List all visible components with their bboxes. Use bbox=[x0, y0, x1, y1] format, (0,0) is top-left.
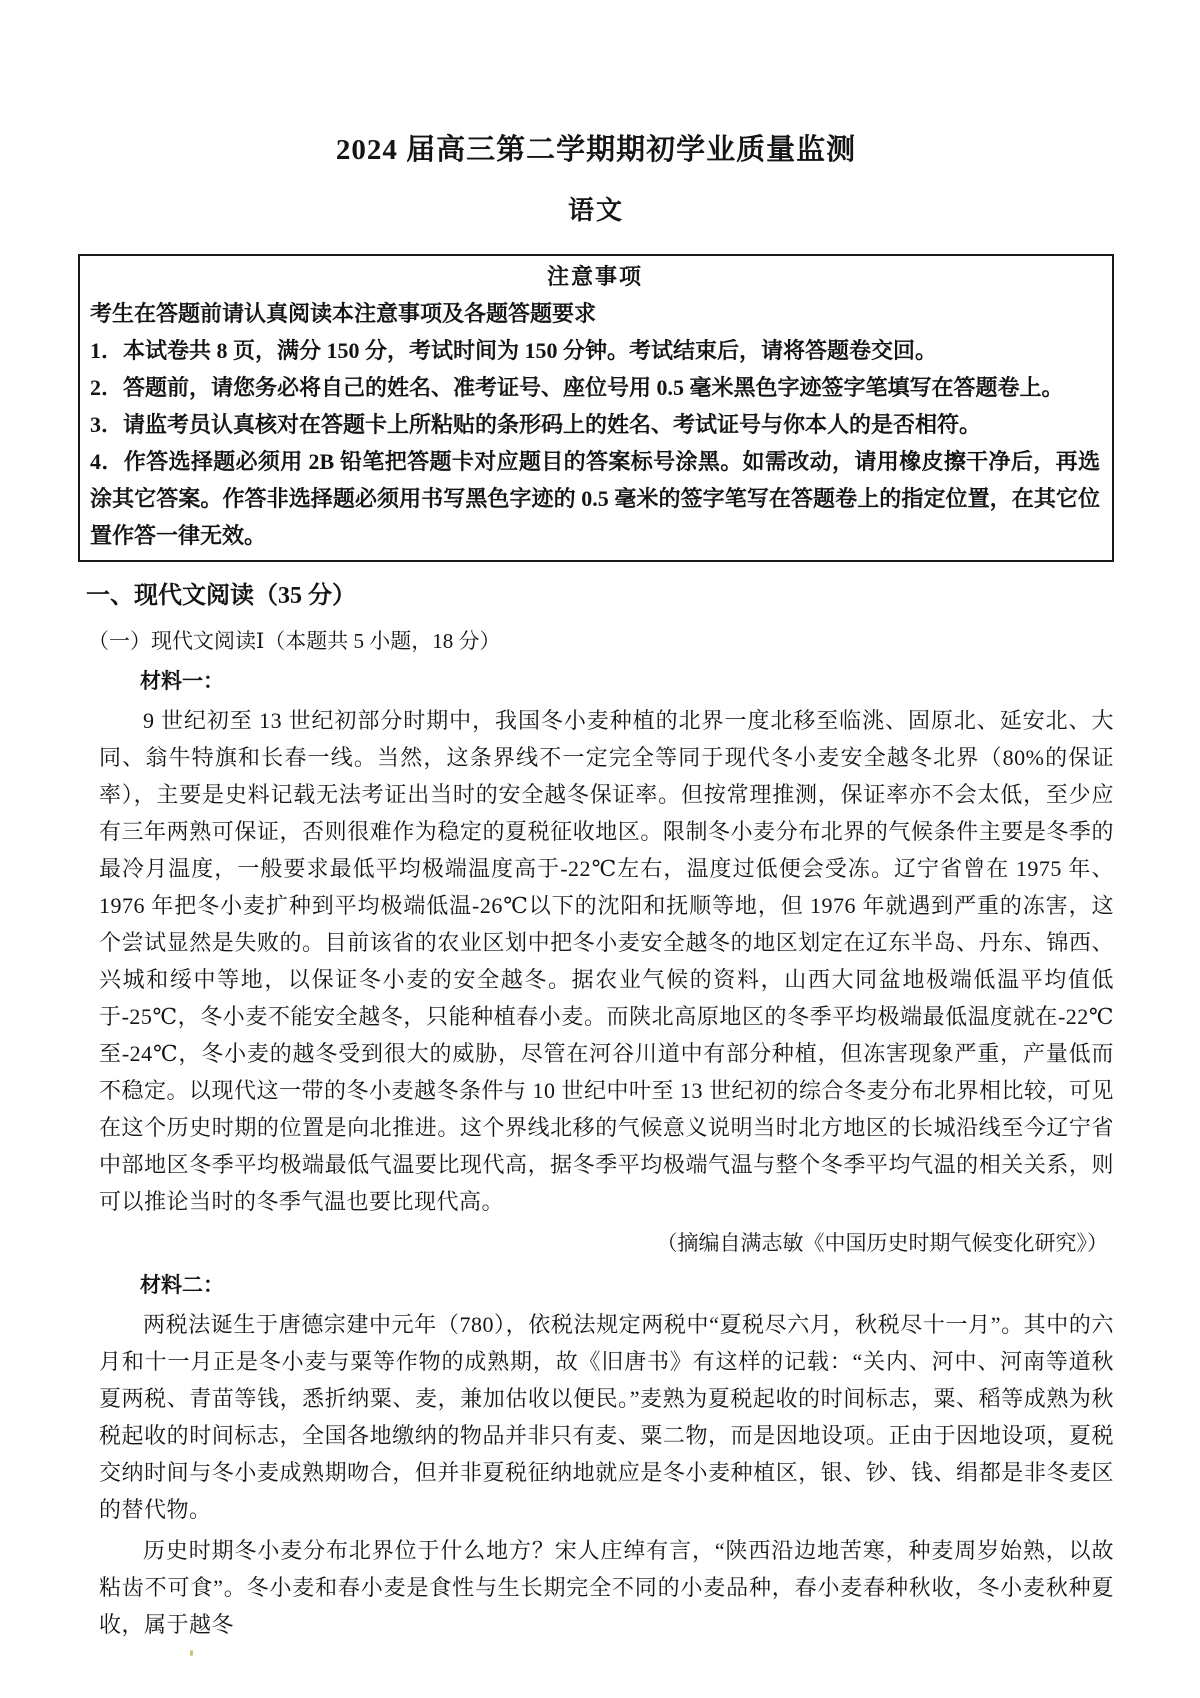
material-one-paragraph: 9 世纪初至 13 世纪初部分时期中，我国冬小麦种植的北界一度北移至临洮、固原北… bbox=[99, 702, 1114, 1220]
section-one-heading: 一、现代文阅读（35 分） bbox=[86, 578, 1114, 614]
notice-item-1: 1．本试卷共 8 页，满分 150 分，考试时间为 150 分钟。考试结束后，请… bbox=[90, 332, 1100, 369]
notice-item-2: 2．答题前，请您务必将自己的姓名、准考证号、座位号用 0.5 毫米黑色字迹签字笔… bbox=[90, 369, 1100, 406]
exam-title: 2024 届高三第二学期期初学业质量监测 bbox=[78, 130, 1114, 170]
material-one-label: 材料一： bbox=[140, 664, 1114, 698]
material-two-paragraph-1: 两税法诞生于唐德宗建中元年（780），依税法规定两税中“夏税尽六月，秋税尽十一月… bbox=[99, 1306, 1114, 1528]
material-two-label: 材料二： bbox=[140, 1268, 1114, 1302]
exam-page: 2024 届高三第二学期期初学业质量监测 语文 注意事项 考生在答题前请认真阅读… bbox=[0, 0, 1200, 1698]
notice-box: 注意事项 考生在答题前请认真阅读本注意事项及各题答题要求 1．本试卷共 8 页，… bbox=[78, 254, 1114, 562]
notice-item-3: 3．请监考员认真核对在答题卡上所粘贴的条形码上的姓名、考试证号与你本人的是否相符… bbox=[90, 406, 1100, 443]
scan-artifact bbox=[190, 1650, 193, 1656]
exam-subject: 语文 bbox=[78, 194, 1114, 228]
section-one-subheading: （一）现代文阅读Ⅰ（本题共 5 小题，18 分） bbox=[88, 624, 1114, 658]
notice-heading: 注意事项 bbox=[90, 258, 1100, 295]
notice-item-4: 4．作答选择题必须用 2B 铅笔把答题卡对应题目的答案标号涂黑。如需改动，请用橡… bbox=[90, 443, 1100, 554]
material-one-attribution: （摘编自满志敏《中国历史时期气候变化研究》） bbox=[78, 1226, 1108, 1260]
material-two-paragraph-2: 历史时期冬小麦分布北界位于什么地方？宋人庄绰有言，“陕西沿边地苦寒，种麦周岁始熟… bbox=[99, 1532, 1114, 1643]
notice-intro: 考生在答题前请认真阅读本注意事项及各题答题要求 bbox=[90, 295, 1100, 332]
